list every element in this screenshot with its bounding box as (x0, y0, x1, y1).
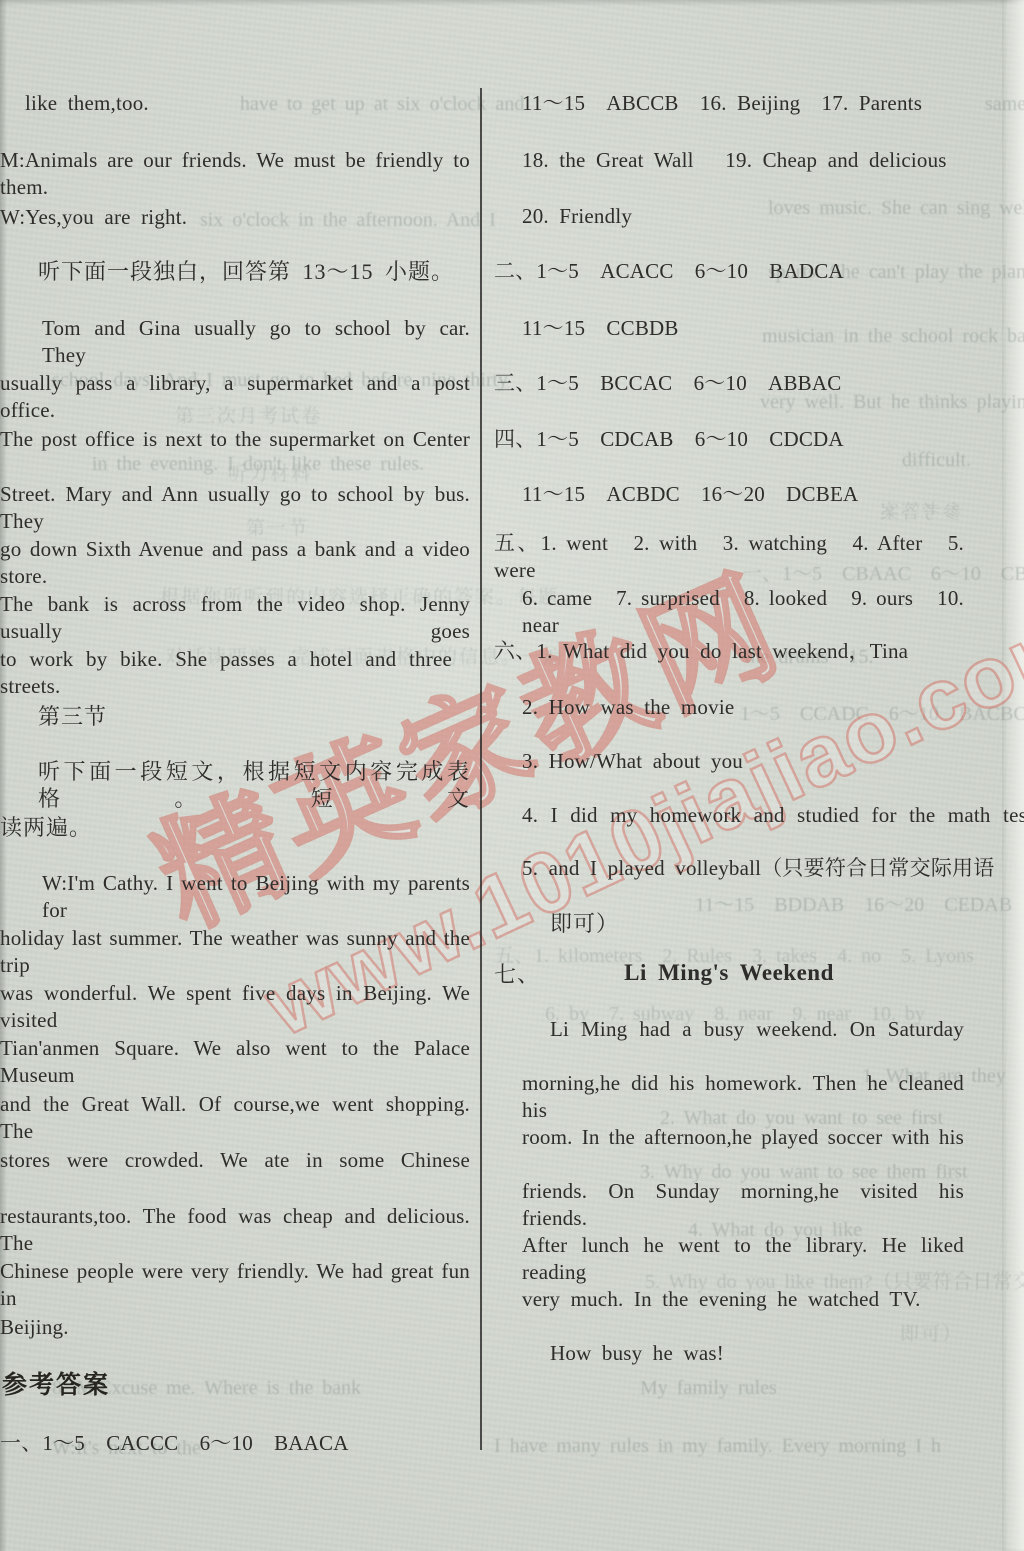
answer-line: 三、1～5 BCCAC 6～10 ABBAC (494, 370, 841, 397)
page-top-edge-shadow (0, 0, 1024, 6)
section-heading: 第三节 (38, 703, 107, 730)
text-line: 读两遍。 (0, 814, 92, 841)
text-line: Tian'anmen Square. We also went to the P… (0, 1035, 470, 1062)
scanned-answer-page: have to get up at six o'clock and six o'… (0, 0, 1024, 1551)
answer-line: 一、1～5 CACCC 6～10 BAACA (0, 1430, 349, 1457)
ghost-text: 一、1～5 CBAAC 6～10 CBAAB (742, 562, 1024, 587)
text-line: to work by bike. She passes a hotel and … (0, 646, 452, 673)
text-line: very much. In the evening he watched TV. (522, 1286, 921, 1313)
text-line: go down Sixth Avenue and pass a bank and… (0, 536, 470, 563)
text-line: Street. Mary and Ann usually go to schoo… (0, 481, 470, 508)
text-line: After lunch he went to the library. He l… (522, 1232, 964, 1259)
answer-line: 11～15 ABCCB 16. Beijing 17. Parents (522, 90, 922, 117)
ghost-text: 11～15 BDDAB 16～20 CEDAB (695, 893, 1012, 918)
text-line: 听下面一段独白，回答第 13～15 小题。 (38, 258, 454, 285)
text-line: Beijing. (0, 1314, 69, 1341)
text-line: W:Yes,you are right. (0, 204, 187, 231)
answer-line: 二、1～5 ACACC 6～10 BADCA (494, 258, 844, 285)
text-line: How busy he was! (550, 1340, 724, 1367)
ghost-text: 参考答案 (878, 500, 962, 525)
ghost-text: I have many rules in my family. Every mo… (494, 1434, 941, 1459)
text-line: Li Ming had a busy weekend. On Saturday (550, 1016, 964, 1043)
text-line: 听下面一段短文，根据短文内容完成表格。短文 (38, 758, 470, 785)
ghost-text: same els (985, 92, 1024, 117)
ghost-text: 1～5 CCADC 6～10 BACBC (740, 702, 1024, 727)
page-right-edge-strip (1002, 0, 1024, 1551)
text-line: The post office is next to the supermark… (0, 426, 470, 453)
ghost-text: My family rules (640, 1376, 777, 1401)
answer-line: 2. How was the movie (522, 694, 734, 721)
answer-line: 即可） (550, 910, 619, 937)
answer-line: 4. I did my homework and studied for the… (522, 802, 1024, 829)
answer-line: 20. Friendly (522, 203, 632, 230)
ghost-text: difficult. (902, 448, 971, 473)
text-line: W:I'm Cathy. I went to Beijing with my p… (42, 870, 470, 897)
answer-line: 3. How/What about you (522, 748, 743, 775)
ghost-text: 即可） (900, 1322, 963, 1347)
answer-line: 四、1～5 CDCAB 6～10 CDCDA (494, 426, 844, 453)
text-line: holiday last summer. The weather was sun… (0, 925, 470, 952)
text-line: friends. On Sunday morning,he visited hi… (522, 1178, 964, 1205)
ghost-text: loves music. She can sing well but she (768, 196, 1024, 221)
text-line: usually pass a library, a supermarket an… (0, 370, 470, 397)
ghost-text: six o'clock in the afternoon. And I (200, 208, 496, 233)
text-line: room. In the afternoon,he played soccer … (522, 1124, 964, 1151)
text-line: The bank is across from the video shop. … (0, 591, 470, 618)
answer-line: 6. came 7. surprised 8. looked 9. ours 1… (522, 585, 964, 612)
composition-title: Li Ming's Weekend (494, 959, 964, 986)
answer-key-heading: 参考答案 (2, 1372, 110, 1399)
text-line: stores were crowded. We ate in some Chin… (0, 1147, 470, 1174)
text-line: restaurants,too. The food was cheap and … (0, 1203, 470, 1230)
text-line: Chinese people were very friendly. We ha… (0, 1258, 470, 1285)
answer-line: 5. and I played volleyball（只要符合日常交际用语 (522, 855, 994, 882)
answer-line: 六、1. What did you do last weekend，Tina (494, 638, 908, 665)
answer-line: 11～15 CCBDB (522, 315, 679, 342)
text-line: Tom and Gina usually go to school by car… (42, 315, 470, 342)
text-line: like them,too. (25, 90, 149, 117)
text-line: was wonderful. We spent five days in Bei… (0, 980, 470, 1007)
column-divider (480, 88, 482, 1450)
ghost-text: musician in the school rock band. They (762, 324, 1024, 349)
text-line: M:Animals are our friends. We must be fr… (0, 147, 470, 174)
answer-line: 18. the Great Wall 19. Cheap and delicio… (522, 147, 947, 174)
text-line: morning,he did his homework. Then he cle… (522, 1070, 964, 1097)
answer-line: 11～15 ACBDC 16～20 DCBEA (522, 481, 858, 508)
answer-line: 五、1. went 2. with 3. watching 4. After 5… (494, 530, 964, 557)
text-line: and the Great Wall. Of course,we went sh… (0, 1091, 470, 1118)
